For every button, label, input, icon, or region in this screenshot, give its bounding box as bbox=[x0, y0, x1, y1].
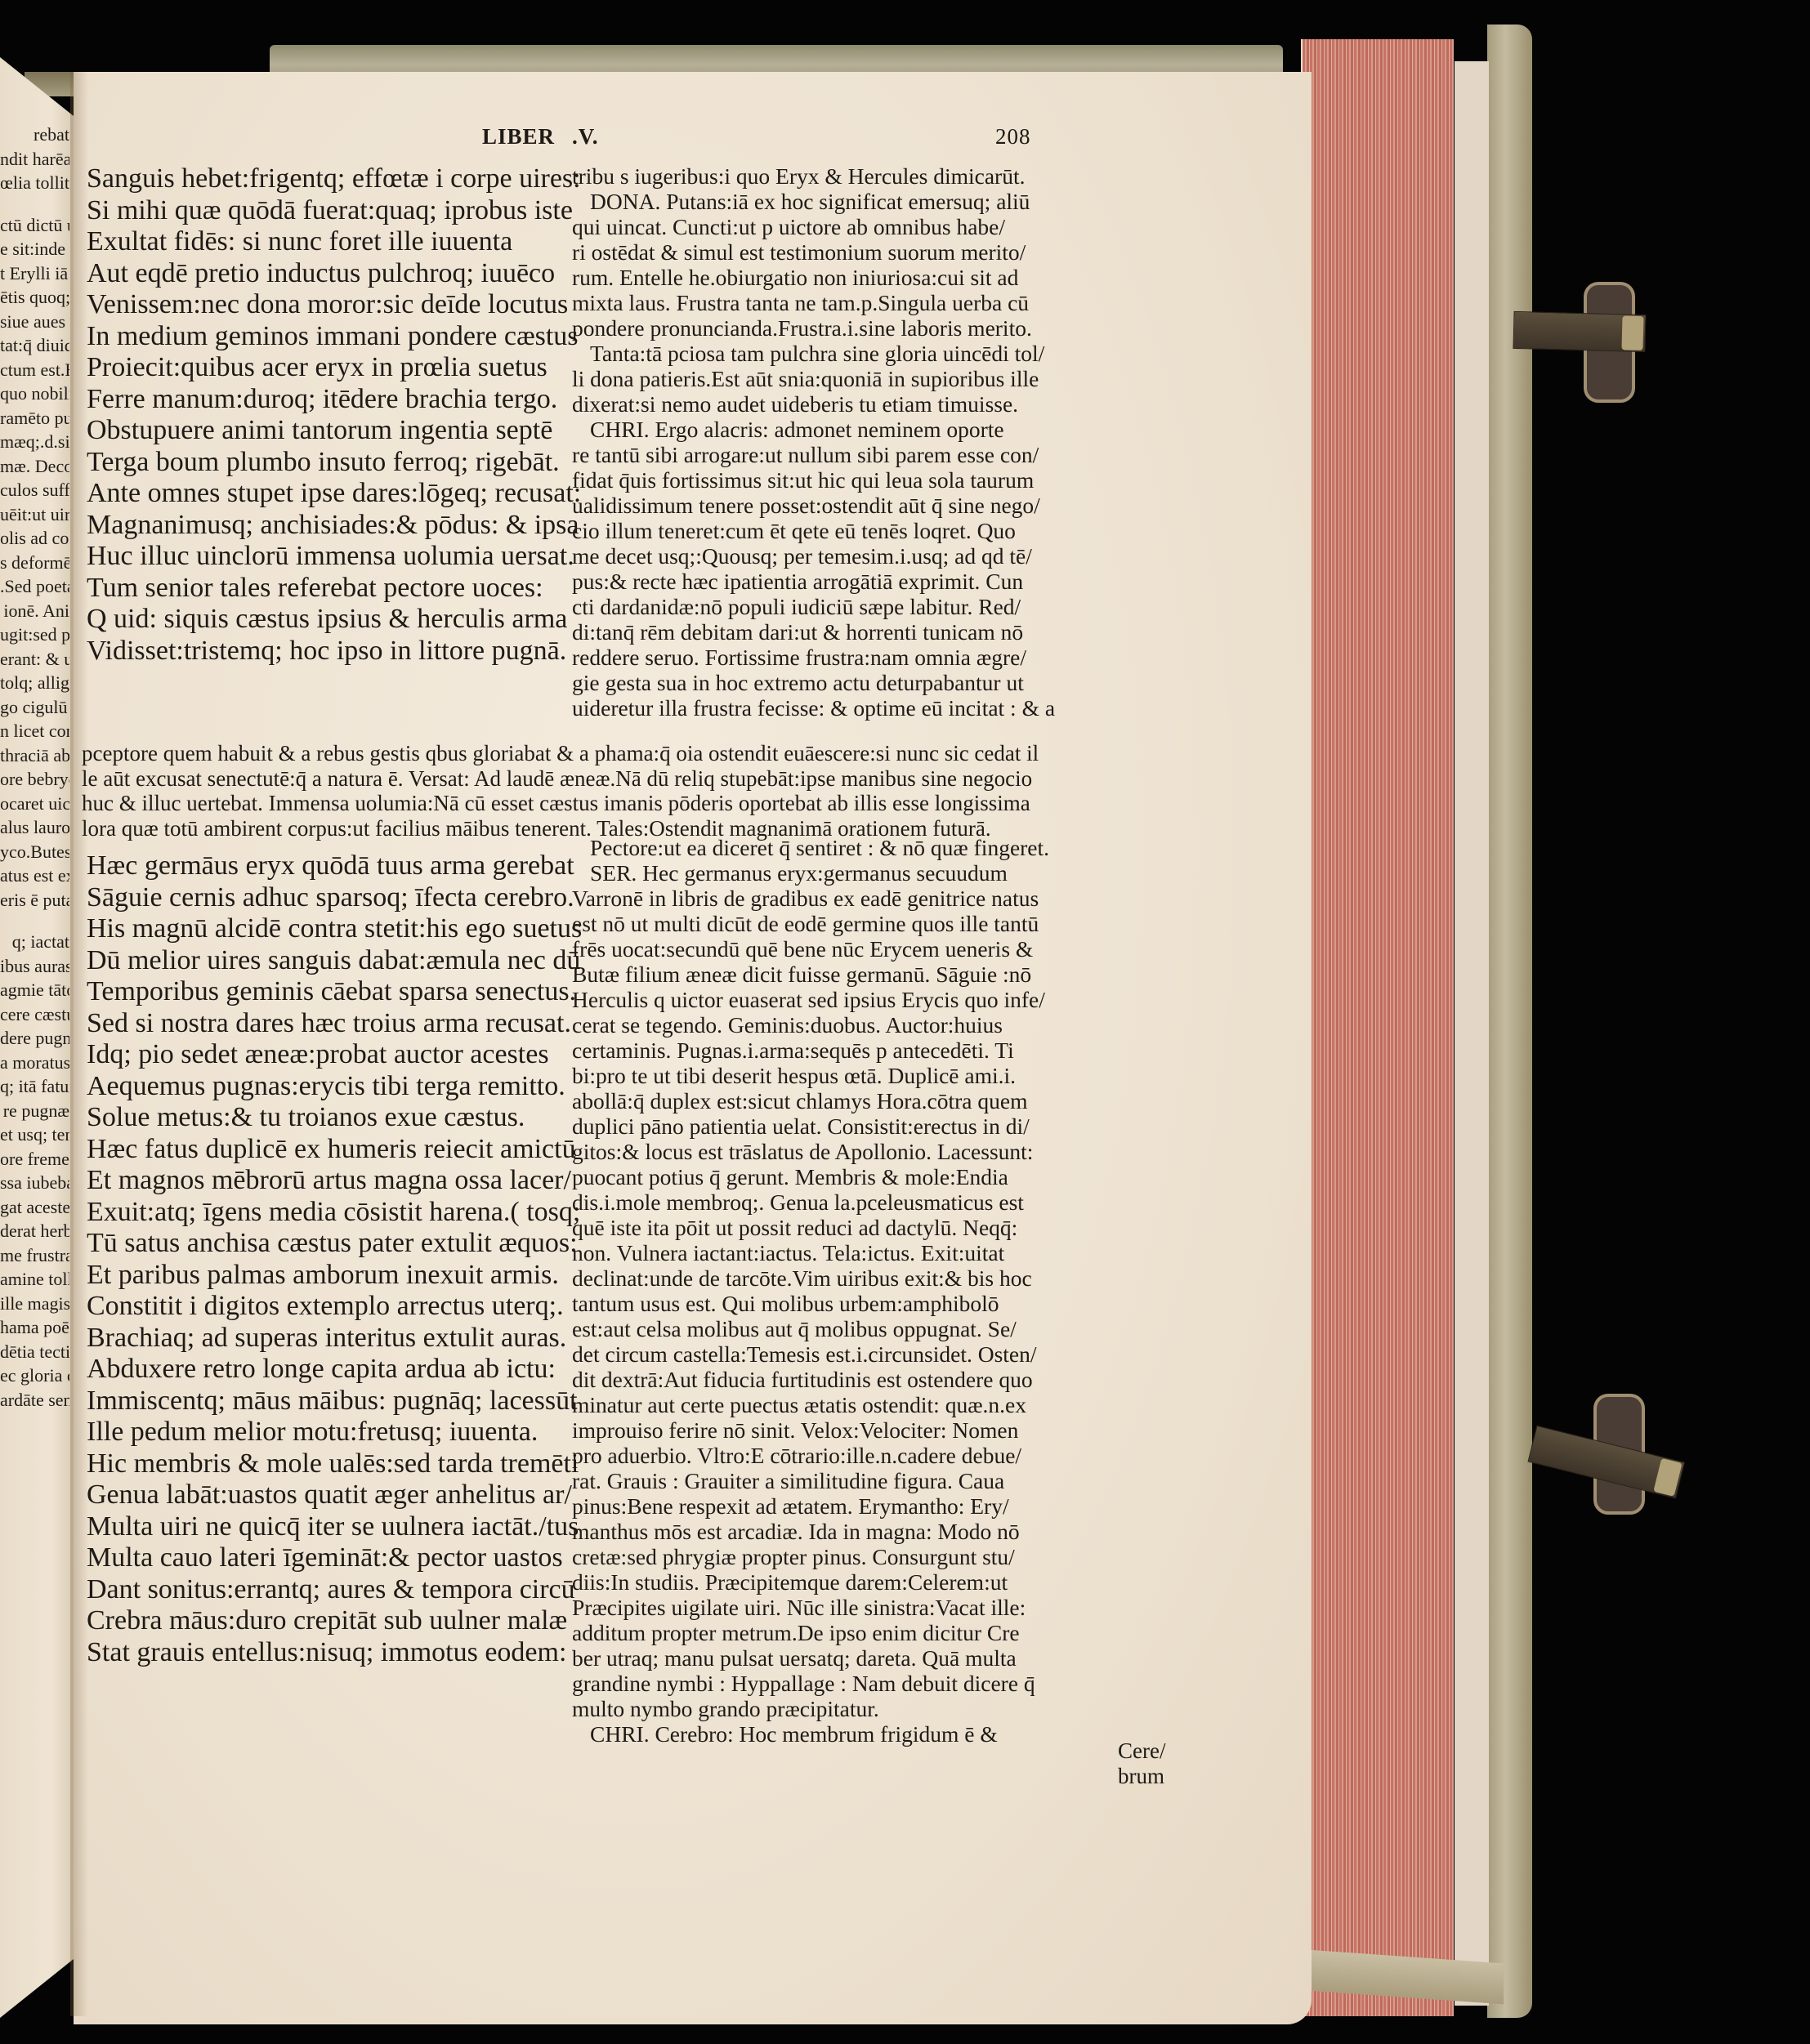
clasp-upper-icon bbox=[1513, 311, 1646, 352]
left-page-fragment: ec gloria cessit bbox=[0, 1363, 69, 1388]
left-page-fragment: tolq; alliga/ bbox=[0, 671, 69, 695]
left-page-fragment: ssa iubebant. bbox=[0, 1171, 69, 1195]
text-line: Idq; pio sedet æneæ:probat auctor aceste… bbox=[87, 1039, 569, 1071]
text-line: puocant potius q̄ gerunt. Membris & mole… bbox=[572, 1164, 1103, 1189]
text-line: diis:In studiis. Præcipitemque darem:Cel… bbox=[572, 1569, 1103, 1595]
commentary-block-1: tribu s iugeribus:i quo Eryx & Hercules … bbox=[572, 163, 1103, 721]
left-page-fragment: mæ. Deco bbox=[0, 454, 69, 479]
text-line: Herculis q uictor euaserat sed ipsius Er… bbox=[572, 987, 1103, 1012]
text-line: pus:& recte hæc ipatientia arrogātiā exp… bbox=[572, 569, 1103, 594]
text-line: qui uincat. Cuncti:ut p uictore ab omnib… bbox=[572, 214, 1103, 239]
left-page-fragment: t Erylli iā pri bbox=[0, 261, 69, 286]
left-page-fragment: amine tolli bbox=[0, 1267, 69, 1292]
text-line: certaminis. Pugnas.i.arma:sequēs p antec… bbox=[572, 1038, 1103, 1063]
text-line: pro aduerbio. Vltro:E cōtrario:ille.n.ca… bbox=[572, 1443, 1103, 1468]
text-line: grandine nymbi : Hyppallage : Nam debuit… bbox=[572, 1671, 1103, 1696]
text-line: pinus:Bene respexit ad ætatem. Erymantho… bbox=[572, 1493, 1103, 1519]
text-line: cio illum teneret:cum ēt qete eū tenēs l… bbox=[572, 518, 1103, 543]
left-page-fragment: et usq; teneri bbox=[0, 1122, 69, 1147]
text-line: mixta laus. Frustra tanta ne tam.p.Singu… bbox=[572, 290, 1103, 315]
text-line: pondere pronuncianda.Frustra.i.sine labo… bbox=[572, 315, 1103, 341]
text-line: brum bbox=[1118, 1764, 1165, 1789]
text-line: cretæ:sed phrygiæ propter pinus. Consurg… bbox=[572, 1544, 1103, 1569]
text-line: Huc illuc uinclorū immensa uolumia uersa… bbox=[87, 541, 569, 573]
text-line: me decet usq;:Quousq; per temesim.i.usq;… bbox=[572, 543, 1103, 569]
text-line: Cere/ bbox=[1118, 1738, 1165, 1764]
left-page-fragment: re pugnæ bbox=[0, 1099, 69, 1123]
text-line: Tanta:tā pciosa tam pulchra sine gloria … bbox=[572, 341, 1103, 366]
text-line: Et paribus palmas amborum inexuit armis. bbox=[87, 1260, 569, 1292]
text-line: Brachiaq; ad superas interitus extulit a… bbox=[87, 1323, 569, 1354]
text-line: est:aut celsa molibus aut q̄ molibus opp… bbox=[572, 1316, 1103, 1341]
running-head-book-number: .V. bbox=[572, 124, 599, 150]
left-page-fragment: alus lauro tegit bbox=[0, 815, 69, 840]
marginal-note: Cere/brum bbox=[1118, 1738, 1165, 1789]
left-page-fragment: thraciā ab oriē bbox=[0, 743, 69, 768]
text-line: Terga boum plumbo insuto ferroq; rigebāt… bbox=[87, 447, 569, 479]
left-page-fragment: ore bebrycio i bbox=[0, 767, 69, 792]
left-page-fragment: rebat bbox=[0, 123, 69, 147]
left-page-fragment: cere cæstus bbox=[0, 1002, 69, 1027]
left-page-fragment: erant: & ut bbox=[0, 647, 69, 672]
commentary-block-2: Pectore:ut ea diceret q̄ sentiret : & nō… bbox=[572, 835, 1103, 1747]
text-line: Venissem:nec dona moror:sic deīde locutu… bbox=[87, 289, 569, 321]
left-page-fragment: atus est ex eaq; bbox=[0, 864, 69, 888]
text-line: DONA. Putans:iā ex hoc significat emersu… bbox=[572, 189, 1103, 214]
running-head-liber: LIBER bbox=[482, 124, 555, 150]
text-line: ualidissimum tenere posset:ostendit aūt … bbox=[572, 493, 1103, 518]
text-line: Hic membris & mole ualēs:sed tarda tremē… bbox=[87, 1448, 569, 1480]
text-line: ri ostēdat & simul est testimonium suoru… bbox=[572, 239, 1103, 265]
left-page-fragment: ctū dictū ue bbox=[0, 213, 69, 238]
text-line: Multa uiri ne quicq̄ iter se uulnera iac… bbox=[87, 1511, 569, 1543]
text-line: Proiecit:quibus acer eryx in prœlia suet… bbox=[87, 352, 569, 384]
text-line: rat. Grauis : Grauiter a similitudine fi… bbox=[572, 1468, 1103, 1493]
text-line: le aūt excusat senectutē:q̄ a natura ē. … bbox=[82, 766, 1103, 792]
text-line: pceptore quem habuit & a rebus gestis qb… bbox=[82, 741, 1103, 766]
text-line: Butæ filium æneæ dicit fuisse germanū. S… bbox=[572, 962, 1103, 987]
text-line: Temporibus geminis cāebat sparsa senectu… bbox=[87, 976, 569, 1008]
left-page-fragment: derat herbæ. bbox=[0, 1219, 69, 1243]
left-page-fragment: s deformē. bbox=[0, 551, 69, 575]
text-line: Aequemus pugnas:erycis tibi terga remitt… bbox=[87, 1071, 569, 1103]
left-page-fragment: ramēto pul/ bbox=[0, 406, 69, 431]
left-page-text: rebatndit harēaœlia tollit:ctū dictū uee… bbox=[0, 123, 69, 1412]
text-line: Aut eqdē pretio inductus pulchroq; iuuēc… bbox=[87, 258, 569, 290]
left-page-fragment: q; itā fatur. bbox=[0, 1074, 69, 1099]
text-line: reddere seruo. Fortissime frustra:nam om… bbox=[572, 645, 1103, 670]
left-page-fragment: ocaret uicit eū: bbox=[0, 792, 69, 816]
spacer bbox=[0, 912, 69, 930]
text-line: uideretur illa frustra fecisse: & optime… bbox=[572, 695, 1103, 721]
text-line: Solue metus:& tu troianos exue cæstus. bbox=[87, 1102, 569, 1134]
left-page-fragment: a moratus bbox=[0, 1051, 69, 1075]
left-page-fragment: agmie tāto bbox=[0, 978, 69, 1002]
text-line: Tum senior tales referebat pectore uoces… bbox=[87, 573, 569, 605]
text-line: Ille pedum melior motu:fretusq; iuuenta. bbox=[87, 1417, 569, 1448]
text-line: rum. Entelle he.obiurgatio non iniuriosa… bbox=[572, 265, 1103, 290]
text-line: Sanguis hebet:frigentq; effœtæ i corpe u… bbox=[87, 163, 569, 195]
text-line: bi:pro te ut tibi deserit hespus œtā. Du… bbox=[572, 1063, 1103, 1088]
text-line: gie gesta sua in hoc extremo actu deturp… bbox=[572, 670, 1103, 695]
text-line: Constitit i digitos extemplo arrectus ut… bbox=[87, 1291, 569, 1323]
left-page-fragment: siue aues sint bbox=[0, 310, 69, 334]
left-page-fragment: .Sed poeta bbox=[0, 574, 69, 599]
text-line: Sed si nostra dares hæc troius arma recu… bbox=[87, 1008, 569, 1040]
text-line: gitos:& locus est trāslatus de Apollonio… bbox=[572, 1139, 1103, 1164]
left-page-fragment: mæq;.d.sic bbox=[0, 430, 69, 454]
text-line: Exultat fidēs: si nunc foret ille iuuent… bbox=[87, 226, 569, 258]
text-line: Dū melior uires sanguis dabat:æmula nec … bbox=[87, 945, 569, 977]
left-page-fragment: yco.Butes uero bbox=[0, 840, 69, 864]
left-page-fragment: me frustra bbox=[0, 1243, 69, 1268]
left-page-fragment: ctum est.Hi bbox=[0, 358, 69, 382]
text-line: declinat:unde de tarcōte.Vim uiribus exi… bbox=[572, 1265, 1103, 1291]
text-line: Præcipites uigilate uiri. Nūc ille sinis… bbox=[572, 1595, 1103, 1620]
text-line: est nō ut multi dicūt de eodē germine qu… bbox=[572, 911, 1103, 936]
left-page-fragment: ndit harēa bbox=[0, 147, 69, 172]
text-line: Dant sonitus:errantq; aures & tempora ci… bbox=[87, 1574, 569, 1606]
text-line: In medium geminos immani pondere cæstus bbox=[87, 321, 569, 353]
left-page-fragment: dere pugna bbox=[0, 1026, 69, 1051]
clasp-brass-catch bbox=[1621, 315, 1643, 350]
text-line: fidat q̄uis fortissimus sit:ut hic qui l… bbox=[572, 467, 1103, 493]
left-page-fragment: œlia tollit: bbox=[0, 171, 69, 195]
clasp-brass-catch bbox=[1653, 1458, 1682, 1497]
text-line: Magnanimusq; anchisiades:& pōdus: & ipsa bbox=[87, 510, 569, 542]
left-page-fragment: quo nobilio bbox=[0, 382, 69, 406]
text-line: re tantū sibi arrogare:ut nullum sibi pa… bbox=[572, 442, 1103, 467]
text-line: Exuit:atq; īgens media cōsistit harena.(… bbox=[87, 1197, 569, 1229]
text-line: ber utraq; manu pulsat uersatq; dareta. … bbox=[572, 1645, 1103, 1671]
text-line: cerat se tegendo. Geminis:duobus. Auctor… bbox=[572, 1012, 1103, 1038]
left-page-fragment: tat:q̄ diuidi bbox=[0, 333, 69, 358]
text-line: dit dextrā:Aut fiducia furtitudinis est … bbox=[572, 1367, 1103, 1392]
left-page-fragment: eris ē putatus. bbox=[0, 888, 69, 913]
text-line: Immiscentq; māus māibus: pugnāq; lacessū… bbox=[87, 1386, 569, 1417]
text-line: CHRI. Cerebro: Hoc membrum frigidum ē & bbox=[572, 1721, 1103, 1747]
left-page-fragment: e sit:inde dici bbox=[0, 237, 69, 261]
text-line: quē iste ita pōit ut possit reduci ad da… bbox=[572, 1215, 1103, 1240]
text-line: frēs uocat:secundū quē bene nūc Erycem u… bbox=[572, 936, 1103, 962]
text-line: Varronē in libris de gradibus ex eadē ge… bbox=[572, 886, 1103, 911]
folio-number: 208 bbox=[995, 124, 1031, 150]
left-page-fragment: ardāte senecta bbox=[0, 1388, 69, 1413]
left-page-fragment: ore fremebāt bbox=[0, 1147, 69, 1172]
text-line: duplici pāno patientia uelat. Consistit:… bbox=[572, 1113, 1103, 1139]
text-line: cti dardanidæ:nō populi iudiciū sæpe lab… bbox=[572, 594, 1103, 619]
text-line: Genua labāt:uastos quatit æger anhelitus… bbox=[87, 1479, 569, 1511]
text-line: Multa cauo lateri īgemināt:& pector uast… bbox=[87, 1542, 569, 1574]
gutter bbox=[70, 72, 88, 2016]
text-line: improuiso ferire nō sinit. Velox:Velocit… bbox=[572, 1417, 1103, 1443]
left-page-fragment: gat acestes bbox=[0, 1195, 69, 1220]
text-line: Tū satus anchisa cæstus pater extulit æq… bbox=[87, 1228, 569, 1260]
verse-text-block-2: Hæc germāus eryx quōdā tuus arma gerebat… bbox=[87, 850, 569, 1668]
text-line: det circum castella:Temesis est.i.circun… bbox=[572, 1341, 1103, 1367]
verse-text-block-1: Sanguis hebet:frigentq; effœtæ i corpe u… bbox=[87, 163, 569, 667]
left-page-fragment: olis ad con/ bbox=[0, 526, 69, 551]
text-line: di:tanq̄ rēm debitam dari:ut & horrenti … bbox=[572, 619, 1103, 645]
text-line: tribu s iugeribus:i quo Eryx & Hercules … bbox=[572, 163, 1103, 189]
text-line: abollā:q̄ duplex est:sicut chlamys Hora.… bbox=[572, 1088, 1103, 1113]
left-page-fragment: ugit:sed p/ bbox=[0, 623, 69, 647]
text-line: Ante omnes stupet ipse dares:lōgeq; recu… bbox=[87, 478, 569, 510]
text-line: Q uid: siquis cæstus ipsius & herculis a… bbox=[87, 604, 569, 636]
left-page-fragment: ionē. Ani bbox=[0, 599, 69, 623]
text-line: Hæc fatus duplicē ex humeris reiecit ami… bbox=[87, 1134, 569, 1166]
text-line: CHRI. Ergo alacris: admonet neminem opor… bbox=[572, 417, 1103, 442]
text-line: Stat grauis entellus:nisuq; immotus eode… bbox=[87, 1637, 569, 1669]
left-page-fragment: culos suffu bbox=[0, 478, 69, 502]
left-page-fragment: ētis quoq; in bbox=[0, 285, 69, 310]
text-line: dixerat:si nemo audet uideberis tu etiam… bbox=[572, 391, 1103, 417]
text-line: Obstupuere animi tantorum ingentia septē bbox=[87, 415, 569, 447]
left-page-fragment: ille magister bbox=[0, 1292, 69, 1316]
text-line: multo nymbo grando præcipitatur. bbox=[572, 1696, 1103, 1721]
text-line: His magnū alcidē contra stetit:his ego s… bbox=[87, 913, 569, 945]
left-page-fragment: dētia tectis bbox=[0, 1340, 69, 1364]
text-line: Sāguie cernis adhuc sparsoq; īfecta cere… bbox=[87, 882, 569, 914]
text-line: non. Vulnera iactant:iactus. Tela:ictus.… bbox=[572, 1240, 1103, 1265]
text-line: SER. Hec germanus eryx:germanus secuudum bbox=[572, 860, 1103, 886]
text-line: huc & illuc uertebat. Immensa uolumia:Nā… bbox=[82, 791, 1103, 816]
text-line: minatur aut certe puectus ætatis ostendi… bbox=[572, 1392, 1103, 1417]
red-fore-edge bbox=[1301, 39, 1454, 2016]
spacer bbox=[0, 195, 69, 213]
page-block-edge bbox=[1455, 61, 1489, 2006]
left-page-fragment: uēit:ut uir/ bbox=[0, 502, 69, 527]
text-line: manthus mōs est arcadiæ. Ida in magna: M… bbox=[572, 1519, 1103, 1544]
commentary-full-width: pceptore quem habuit & a rebus gestis qb… bbox=[82, 741, 1103, 841]
text-line: additum propter metrum.De ipso enim dici… bbox=[572, 1620, 1103, 1645]
left-page-fragment: q; iactat bbox=[0, 930, 69, 954]
text-line: Pectore:ut ea diceret q̄ sentiret : & nō… bbox=[572, 835, 1103, 860]
text-line: Hæc germāus eryx quōdā tuus arma gerebat bbox=[87, 850, 569, 882]
text-line: Si mihi quæ quōdā fuerat:quaq; iprobus i… bbox=[87, 195, 569, 227]
text-line: Ferre manum:duroq; itēdere brachia tergo… bbox=[87, 384, 569, 416]
left-page-fragment: go cigulū il/ bbox=[0, 695, 69, 720]
text-line: Vidisset:tristemq; hoc ipso in littore p… bbox=[87, 636, 569, 667]
left-page-fragment: ibus auras. bbox=[0, 954, 69, 979]
text-line: dis.i.mole membroq;. Genua la.pceleusmat… bbox=[572, 1189, 1103, 1215]
text-line: Crebra māus:duro crepitāt sub uulner mal… bbox=[87, 1605, 569, 1637]
text-line: Abduxere retro longe capita ardua ab ict… bbox=[87, 1354, 569, 1386]
text-line: li dona patieris.Est aūt snia:quoniā in … bbox=[572, 366, 1103, 391]
left-page-fragment: n licet concu bbox=[0, 719, 69, 743]
text-line: tantum usus est. Qui molibus urbem:amphi… bbox=[572, 1291, 1103, 1316]
left-page-fragment: hama poēm bbox=[0, 1315, 69, 1340]
text-line: Et magnos mēbrorū artus magna ossa lacer… bbox=[87, 1165, 569, 1197]
